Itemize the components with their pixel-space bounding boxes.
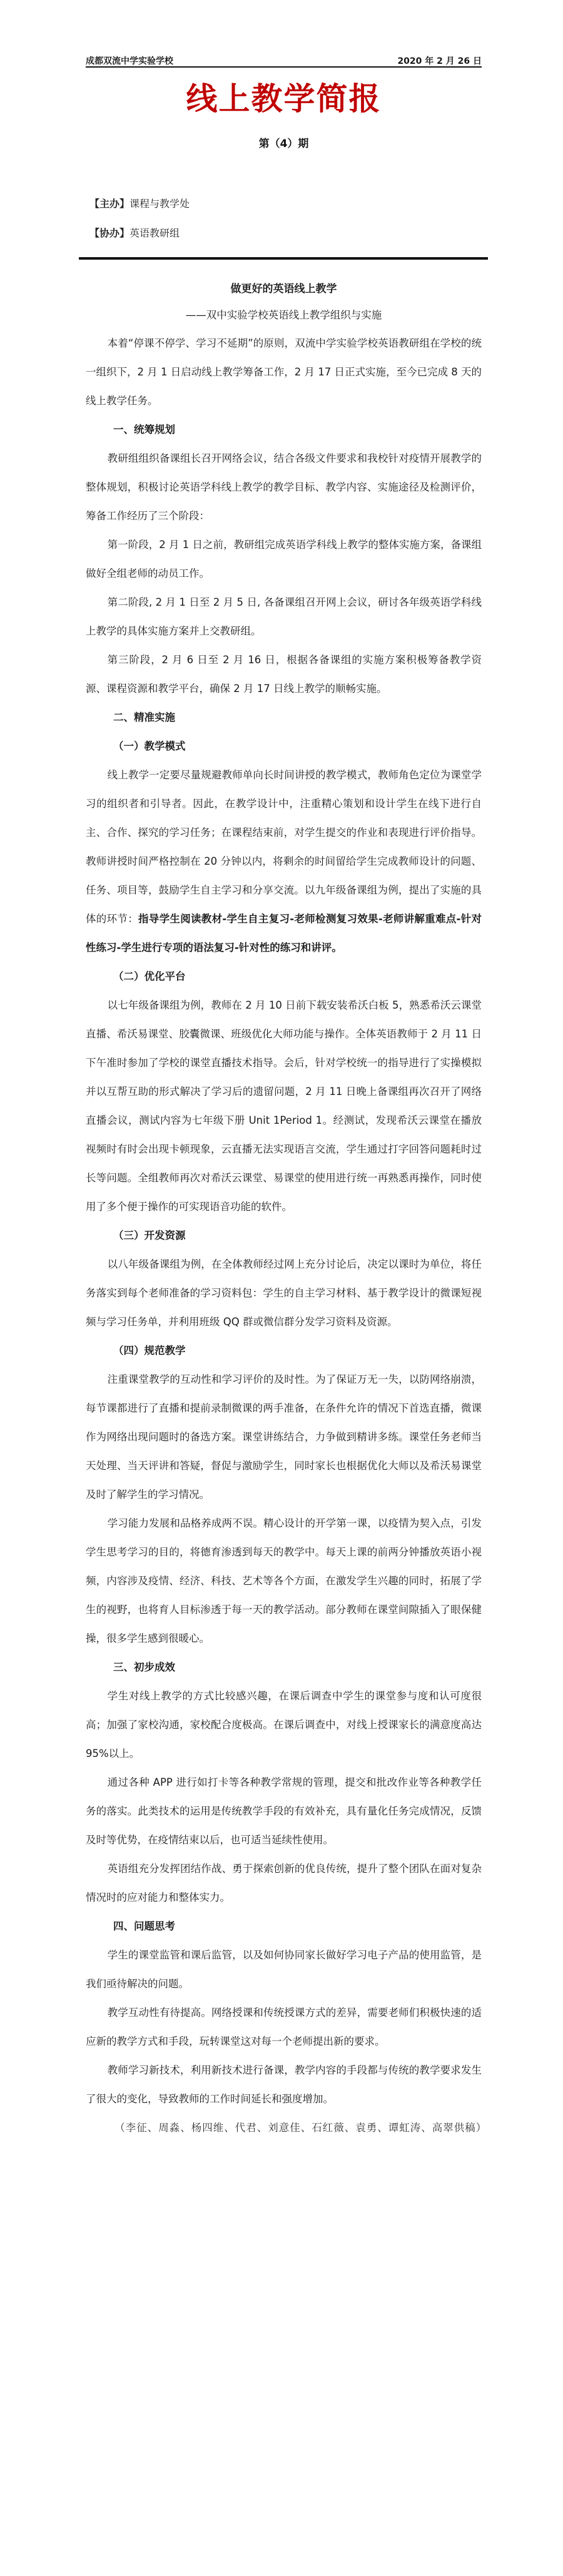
article-subtitle: ——双中实验学校英语线上教学组织与实施: [86, 307, 482, 324]
paragraph: 第三阶段，2 月 6 日至 2 月 16 日，根据各备课组的实施方案积极筹备教学…: [86, 646, 482, 703]
paragraph: 教研组组织备课组长召开网络会议，结合各级文件要求和我校针对疫情开展教学的整体规划…: [86, 444, 482, 531]
paragraph: 线上教学一定要尽量规避教师单向长时间讲授的教学模式，教师角色定位为课堂学习的组织…: [86, 761, 482, 962]
subsection-heading: （四）规范教学: [86, 1336, 482, 1365]
organizer-host: 【主办】课程与教学处: [89, 196, 190, 210]
intro-paragraph: 本着“停课不停学、学习不延期”的原则，双流中学实验学校英语教研组在学校的统一组织…: [86, 329, 482, 415]
paragraph: 教师学习新技术，利用新技术进行备课，教学内容的手段都与传统的教学要求发生了很大的…: [86, 2056, 482, 2114]
section-heading: 四、问题思考: [86, 1912, 482, 1941]
paragraph: 以八年级备课组为例，在全体教师经过网上充分讨论后，决定以课时为单位，将任务落实到…: [86, 1250, 482, 1336]
bulletin-title: 线上教学简报: [86, 80, 482, 118]
assist-value: 英语教研组: [129, 227, 180, 239]
paragraph: 第一阶段，2 月 1 日之前，教研组完成英语学科线上教学的整体实施方案，备课组做…: [86, 531, 482, 588]
paragraph: 通过各种 APP 进行如打卡等各种教学常规的管理，提交和批改作业等各种教学任务的…: [86, 1768, 482, 1855]
section-heading: 三、初步成效: [86, 1653, 482, 1682]
section-heading: 二、精准实施: [86, 703, 482, 732]
subsection-heading: （二）优化平台: [86, 962, 482, 991]
paragraph: 以七年级备课组为例，教师在 2 月 10 日前下载安装希沃白板 5，熟悉希沃云课…: [86, 991, 482, 1221]
article-title: 做更好的英语线上教学: [86, 280, 482, 298]
school-name: 成都双流中学实验学校: [86, 54, 173, 67]
paragraph-text: 线上教学一定要尽量规避教师单向长时间讲授的教学模式，教师角色定位为课堂学习的组织…: [86, 769, 482, 925]
organizer-assist: 【协办】英语教研组: [89, 225, 180, 240]
paragraph-emphasis: 指导学生阅读教材-学生自主复习-老师检测复习效果-老师讲解重难点-针对性练习-学…: [86, 913, 482, 954]
paragraph: 学生对线上教学的方式比较感兴趣，在课后调查中学生的课堂参与度和认可度很高；加强了…: [86, 1682, 482, 1768]
subsection-heading: （一）教学模式: [86, 732, 482, 761]
contributors-credit: （李征、周淼、杨四维、代君、刘意佳、石红薇、袁勇、谭虹涛、高翠供稿）: [86, 2114, 482, 2142]
issue-number: 第（4）期: [86, 135, 482, 150]
host-label: 【主办】: [89, 198, 129, 210]
paragraph: 英语组充分发挥团结作战、勇于探索创新的优良传统，提升了整个团队在面对复杂情况时的…: [86, 1855, 482, 1912]
paragraph: 学习能力发展和品格养成两不误。精心设计的开学第一课，以疫情为契入点，引发学生思考…: [86, 1509, 482, 1653]
section-heading: 一、统筹规划: [86, 415, 482, 444]
assist-label: 【协办】: [89, 227, 129, 239]
article: 做更好的英语线上教学 ——双中实验学校英语线上教学组织与实施 本着“停课不停学、…: [86, 280, 482, 2142]
header-divider: [86, 66, 482, 68]
page-header: 成都双流中学实验学校 2020 年 2 月 26 日: [86, 52, 482, 67]
paragraph: 注重课堂教学的互动性和学习评价的及时性。为了保证万无一失，以防网络崩溃，每节课都…: [86, 1365, 482, 1509]
section-divider: [79, 257, 488, 260]
paragraph: 第二阶段, 2 月 1 日至 2 月 5 日, 各备课组召开网上会议，研讨各年级…: [86, 588, 482, 646]
subsection-heading: （三）开发资源: [86, 1221, 482, 1250]
paragraph: 教学互动性有待提高。网络授课和传统授课方式的差异，需要老师们积极快速的适应新的教…: [86, 1998, 482, 2056]
paragraph: 学生的课堂监管和课后监管，以及如何协同家长做好学习电子产品的使用监管，是我们亟待…: [86, 1941, 482, 1998]
host-value: 课程与教学处: [129, 198, 190, 210]
issue-date: 2020 年 2 月 26 日: [397, 54, 482, 67]
